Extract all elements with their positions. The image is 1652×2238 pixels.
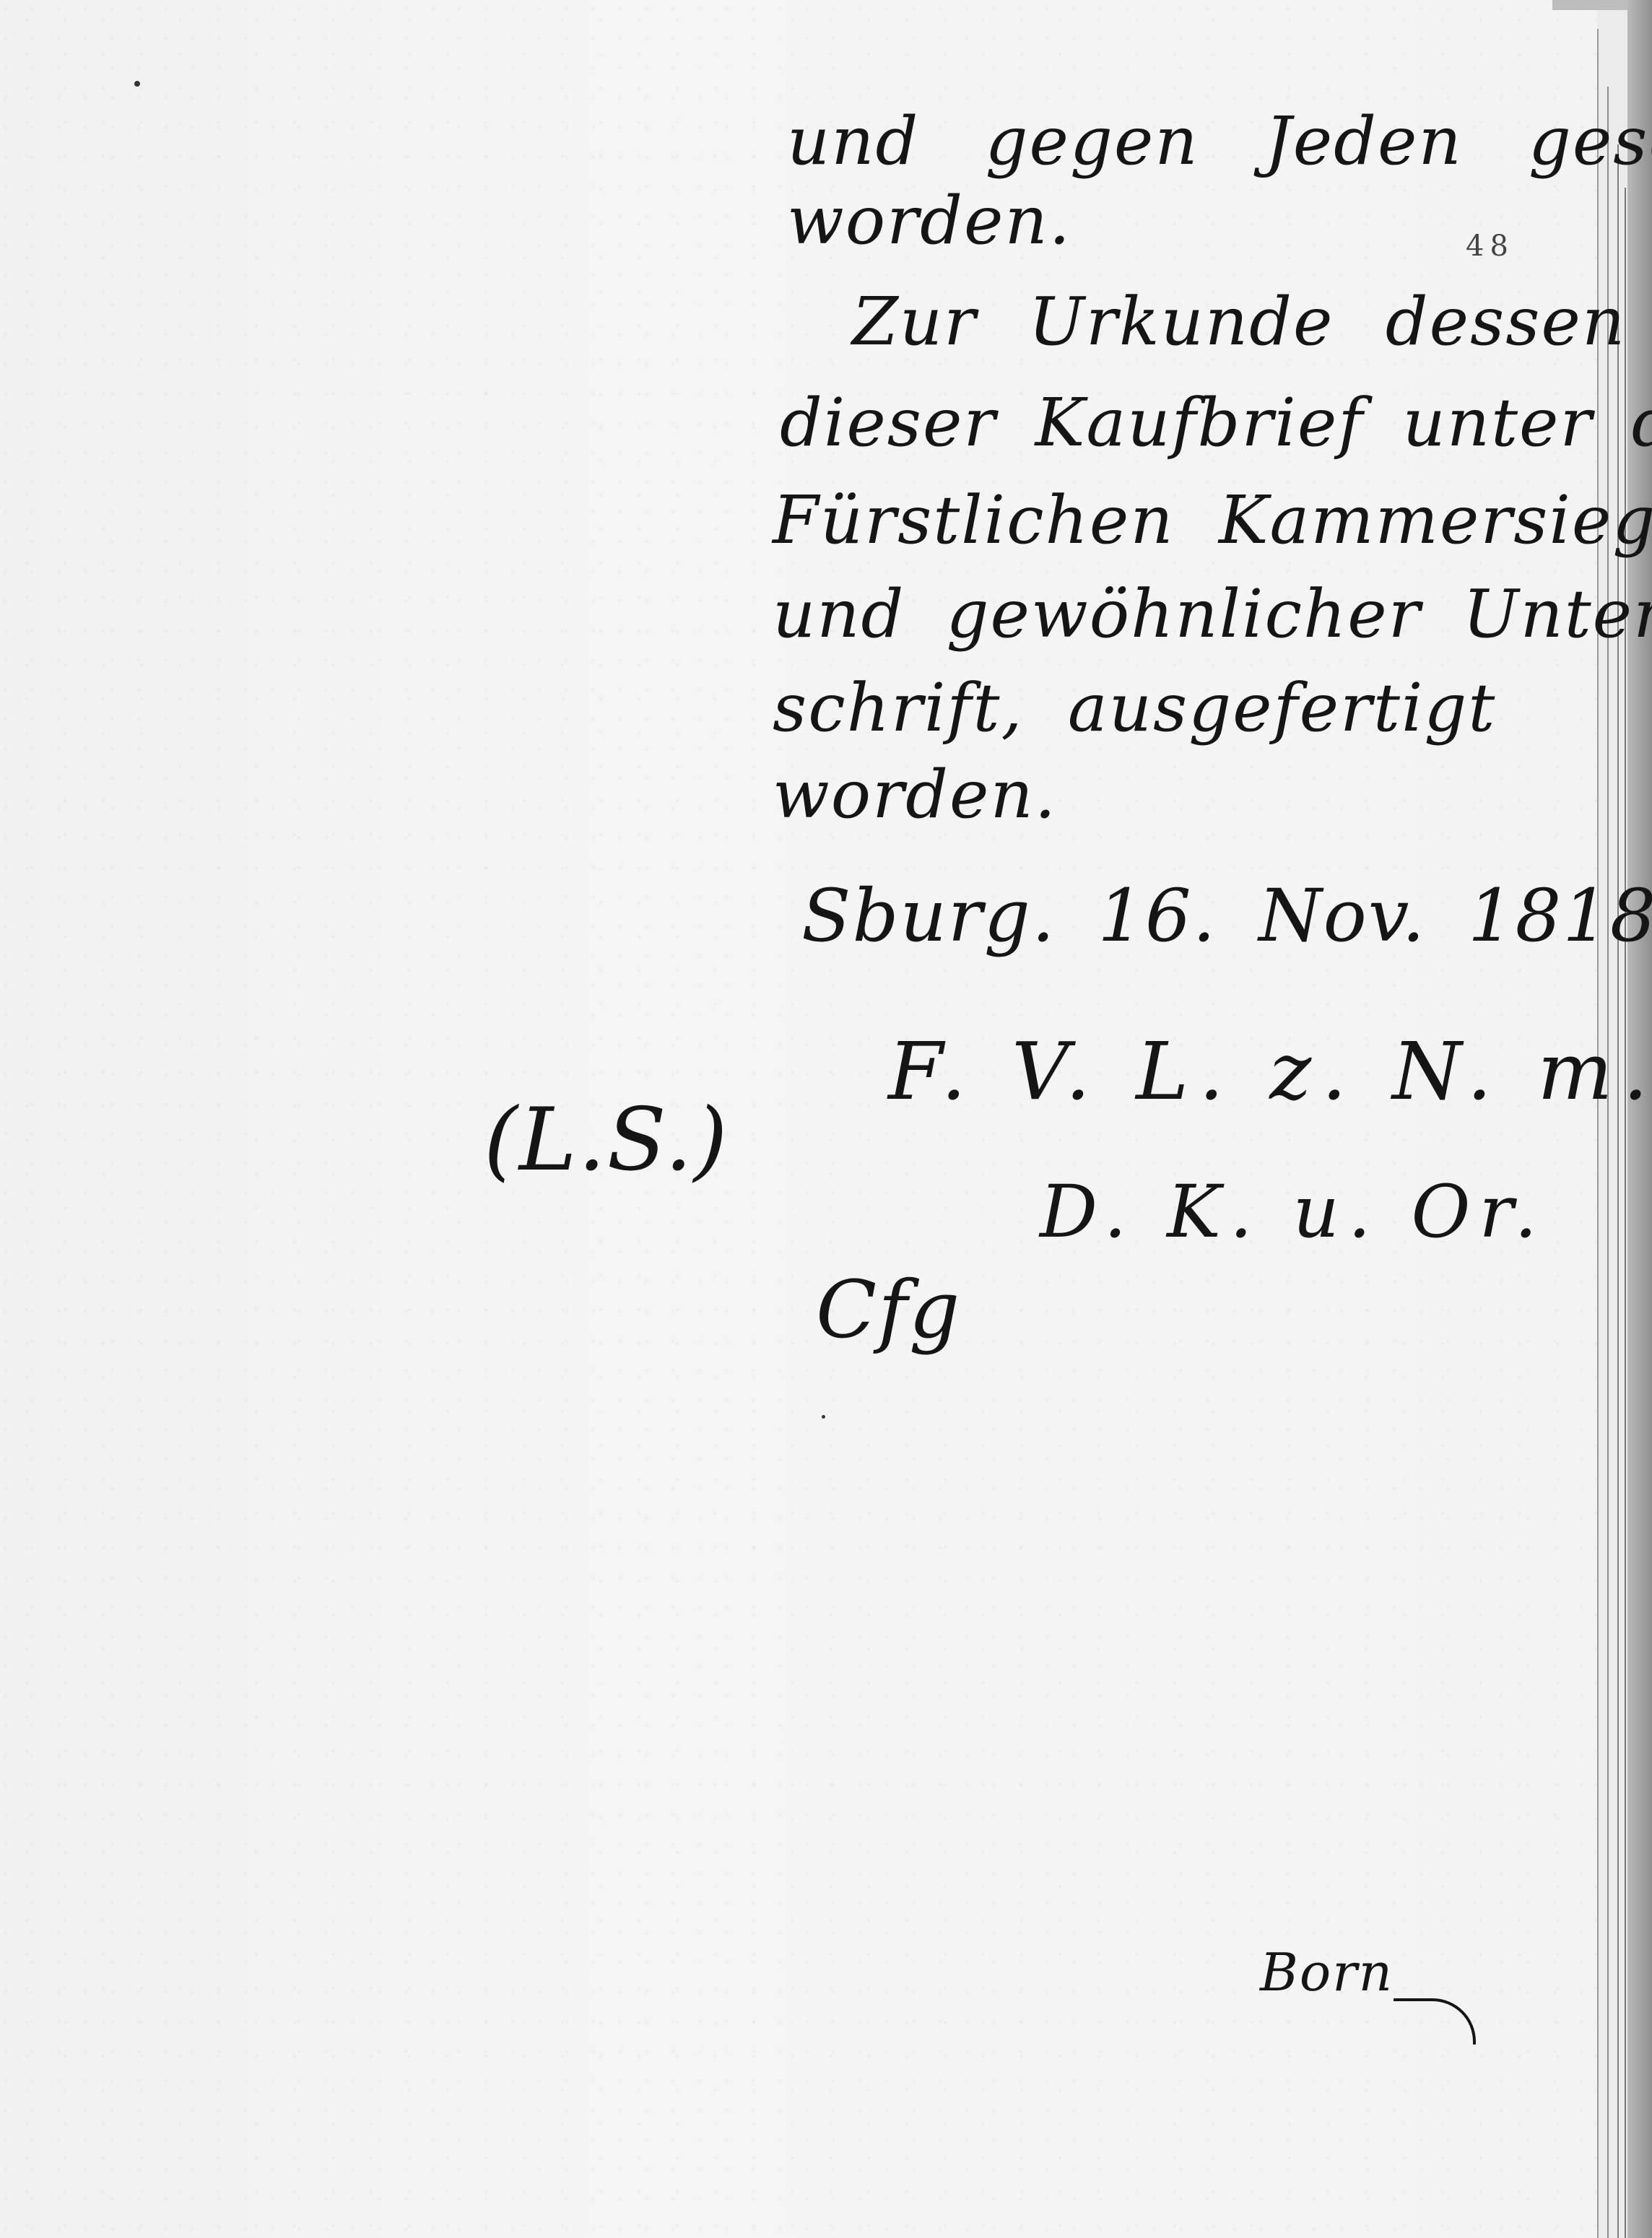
bottom-signature: Born bbox=[1260, 1942, 1394, 2003]
signature-line-2: D. K. u. Or. bbox=[1040, 1170, 1546, 1254]
text-line-3: Zur Urkunde dessen ist bbox=[852, 289, 1652, 355]
text-line-1: und gegen Jeden geschützt bbox=[787, 108, 1652, 175]
text-line-6: und gewöhnlicher Unter= bbox=[773, 581, 1652, 648]
ink-speck bbox=[134, 81, 140, 87]
ink-speck bbox=[822, 1415, 825, 1419]
clerk-mark: Cfg bbox=[816, 1263, 961, 1356]
text-line-7: schrift, ausgefertigt bbox=[773, 675, 1496, 741]
signature-line-1: F. V. L. z. N. m. bbox=[888, 1025, 1652, 1118]
seal-mark: (L.S.) bbox=[484, 1090, 729, 1190]
page-edge bbox=[1597, 29, 1599, 2238]
text-line-2: worden. bbox=[787, 188, 1071, 254]
text-line-8: worden. bbox=[773, 762, 1057, 828]
text-line-4: dieser Kaufbrief unter dem bbox=[780, 390, 1652, 456]
date-line: Sburg. 16. Nov. 1818. bbox=[801, 874, 1652, 958]
text-line-5: Fürstlichen Kammersiegel bbox=[773, 487, 1652, 554]
folio-number: 48 bbox=[1466, 230, 1514, 263]
